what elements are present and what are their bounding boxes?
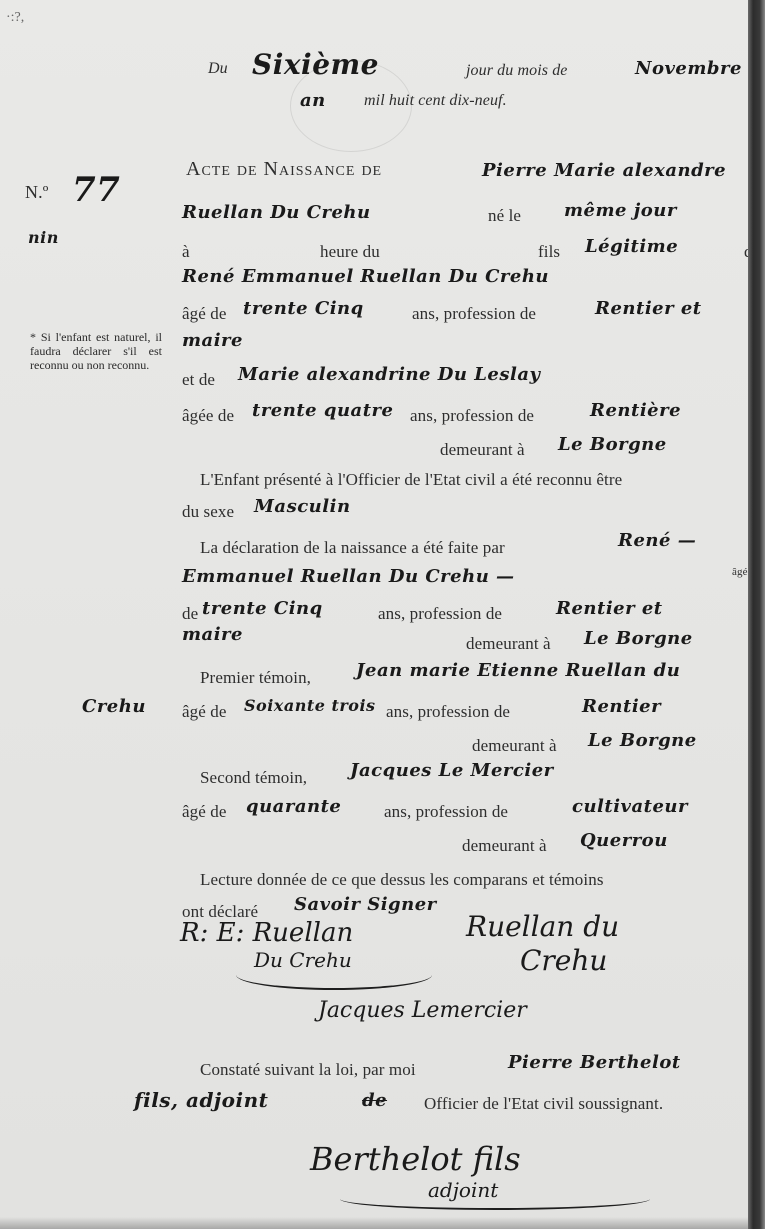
- reading-statement: Lecture donnée de ce que dessus les comp…: [200, 870, 604, 890]
- second-witness-label: Second témoin,: [200, 768, 307, 788]
- father-profession-label: ans, profession de: [412, 304, 536, 324]
- ne-label: né le: [488, 206, 521, 226]
- mother-profession: Rentière: [590, 400, 681, 421]
- second-witness-profession-label: ans, profession de: [384, 802, 508, 822]
- second-witness-age-label: âgé de: [182, 802, 227, 822]
- first-witness-residence: Le Borgne: [588, 730, 697, 751]
- officer-name-2: fils, adjoint: [134, 1088, 268, 1112]
- register-page: ·:?, Du Sixième jour du mois de Novembre…: [0, 0, 748, 1229]
- first-witness-label: Premier témoin,: [200, 668, 311, 688]
- witness1-signature-2: Crehu: [520, 944, 607, 977]
- year-label: mil huit cent dix-neuf.: [364, 92, 507, 110]
- et-de-label: et de: [182, 370, 215, 390]
- father-signature-1: R: E: Ruellan: [180, 918, 353, 948]
- second-witness-profession: cultivateur: [572, 796, 688, 817]
- bottom-shadow: [0, 1217, 748, 1229]
- father-signature-flourish: [236, 960, 432, 990]
- officer-name-1: Pierre Berthelot: [508, 1052, 681, 1073]
- officer-label: Officier de l'Etat civil soussignant.: [424, 1094, 663, 1114]
- father-name: René Emmanuel Ruellan Du Crehu: [182, 266, 549, 287]
- mother-age-label: âgée de: [182, 406, 234, 426]
- mother-name: Marie alexandrine Du Leslay: [238, 364, 540, 385]
- declarant-name-1: René —: [618, 530, 696, 551]
- child-name-2: Ruellan Du Crehu: [182, 202, 371, 223]
- mother-profession-label: ans, profession de: [410, 406, 534, 426]
- witness2-signature: Jacques Lemercier: [318, 998, 527, 1023]
- declarant-residence: Le Borgne: [584, 628, 693, 649]
- mother-residence: Le Borgne: [558, 434, 667, 455]
- month-handwritten: Novembre: [635, 58, 742, 79]
- declarant-profession-label: ans, profession de: [378, 604, 502, 624]
- second-witness-demeurant-label: demeurant à: [462, 836, 547, 856]
- child-sex-statement: L'Enfant présenté à l'Officier de l'Etat…: [200, 470, 622, 490]
- declarant-statement: La déclaration de la naissance a été fai…: [200, 538, 505, 558]
- second-witness-age: quarante: [246, 796, 341, 817]
- declarant-profession-2: maire: [182, 624, 243, 645]
- struck-text: de: [362, 1090, 387, 1111]
- first-witness-profession-label: ans, profession de: [386, 702, 510, 722]
- number-label: N.º: [25, 182, 48, 203]
- ne-value: même jour: [564, 200, 677, 221]
- closing-statement: Constaté suivant la loi, par moi: [200, 1060, 416, 1080]
- second-witness-residence: Querrou: [580, 830, 668, 851]
- declarant-demeurant-label: demeurant à: [466, 634, 551, 654]
- act-number: 77: [72, 170, 120, 210]
- corner-mark: ·:?,: [6, 10, 24, 26]
- sexe-value: Masculin: [254, 496, 351, 517]
- officer-signature-1: Berthelot fils: [310, 1140, 521, 1178]
- sexe-label: du sexe: [182, 502, 234, 522]
- declarant-age: trente Cinq: [202, 598, 323, 619]
- first-witness-profession: Rentier: [582, 696, 661, 717]
- a-label: à: [182, 242, 190, 262]
- declarant-profession-1: Rentier et: [556, 598, 663, 619]
- declarant-de-label: de: [182, 604, 198, 624]
- father-age-label: âgé de: [182, 304, 227, 324]
- jour-label: jour du mois de: [466, 62, 568, 80]
- declared-value: Savoir Signer: [294, 894, 437, 915]
- second-witness-name: Jacques Le Mercier: [350, 760, 554, 781]
- page-binding-edge: [748, 0, 765, 1229]
- father-profession-2: maire: [182, 330, 243, 351]
- footnote: * Si l'enfant est naturel, il faudra déc…: [30, 330, 162, 372]
- father-profession-1: Rentier et: [595, 298, 702, 319]
- first-witness-demeurant-label: demeurant à: [472, 736, 557, 756]
- first-witness-name-1: Jean marie Etienne Ruellan du: [356, 660, 680, 681]
- declarant-age-label: âgé: [732, 566, 748, 578]
- acte-title: Acte de Naissance de: [186, 158, 382, 181]
- first-witness-name-2: Crehu: [82, 696, 146, 717]
- first-witness-age: Soixante trois: [244, 696, 376, 715]
- day-handwritten: Sixième: [252, 48, 379, 81]
- fils-label: fils: [538, 242, 560, 262]
- an-handwritten: an: [300, 90, 326, 111]
- father-age: trente Cinq: [243, 298, 364, 319]
- officer-signature-flourish: [340, 1188, 650, 1210]
- margin-note: nin: [28, 228, 59, 247]
- witness1-signature-1: Ruellan du: [466, 910, 619, 943]
- declarant-name-2: Emmanuel Ruellan Du Crehu —: [182, 566, 515, 587]
- mother-age: trente quatre: [252, 400, 393, 421]
- heure-label: heure du: [320, 242, 380, 262]
- mother-demeurant-label: demeurant à: [440, 440, 525, 460]
- acte-label: Acte de Naissance de: [186, 158, 382, 180]
- fils-value: Légitime: [585, 236, 678, 257]
- child-name-1: Pierre Marie alexandre: [482, 160, 726, 181]
- first-witness-age-label: âgé de: [182, 702, 227, 722]
- du-label: Du: [208, 60, 228, 78]
